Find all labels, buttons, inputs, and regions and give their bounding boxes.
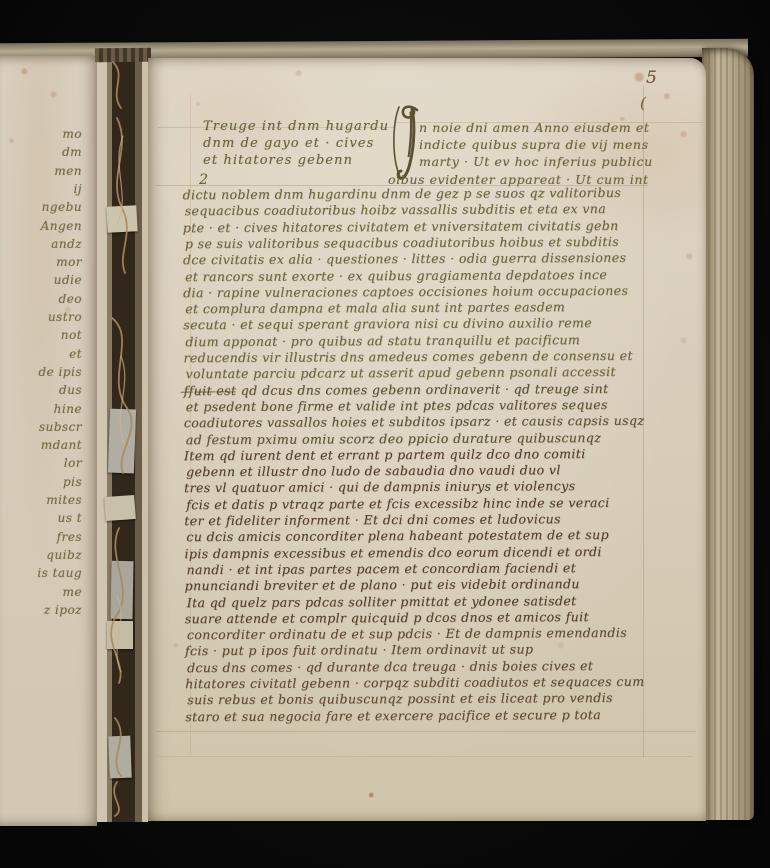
manuscript-text-line: hitatores civitatl gebenn · corpqz subdi… bbox=[185, 674, 644, 691]
margin-mark: 2 bbox=[199, 172, 208, 188]
manuscript-text-line: suare attende et complr quicquid p dcos … bbox=[185, 609, 589, 626]
opening-line: indicte quibus supra die vij mens bbox=[419, 137, 649, 152]
manuscript-text-line: ter et fideliter informent · Et dci dni … bbox=[184, 511, 561, 528]
facing-text-fragment: ustro bbox=[48, 310, 82, 324]
manuscript-text-line: p se suis valitoribus sequacibus coadiut… bbox=[185, 234, 619, 251]
manuscript-text-line: et psedent bone firme et valide int ptes… bbox=[186, 397, 608, 414]
manuscript-text-line: fcis et datis p vtraqz parte et fcis exc… bbox=[186, 495, 609, 512]
manuscript-text-line: Item qd iurent dent et errant p partem q… bbox=[184, 446, 586, 463]
facing-text-fragment: me bbox=[63, 585, 82, 599]
book-fore-edge bbox=[702, 48, 754, 820]
rubric-line: Treuge int dnm hugardu bbox=[203, 119, 389, 134]
facing-text-fragment: de ipis bbox=[38, 365, 82, 379]
facing-text-fragment: Angen bbox=[41, 219, 82, 233]
facing-text-fragment: is taug bbox=[37, 566, 82, 580]
facing-page: modmmenijngebuAngenandzmorudiedeoustrono… bbox=[0, 56, 97, 826]
opening-line: marty · Ut ev hoc inferius publicu bbox=[419, 154, 653, 169]
manuscript-text-line: suis rebus et bonis quibuscunqz possint … bbox=[187, 690, 613, 707]
facing-text-fragment: ngebu bbox=[42, 200, 82, 214]
manuscript-photo: modmmenijngebuAngenandzmorudiedeoustrono… bbox=[0, 0, 770, 868]
manuscript-text-line: dia · rapine vulneraciones captoes occis… bbox=[183, 283, 628, 300]
folio-flourish-mark: ( bbox=[640, 94, 646, 112]
facing-text-fragment: deo bbox=[58, 292, 82, 306]
facing-text-fragment: quibz bbox=[46, 548, 82, 562]
manuscript-text-line: secuta · et sequi sperant graviora nisi … bbox=[183, 315, 592, 332]
facing-text-fragment: hine bbox=[54, 402, 82, 416]
facing-text-fragment: ij bbox=[73, 182, 82, 196]
facing-text-fragment: men bbox=[54, 164, 82, 178]
binding-gutter bbox=[97, 56, 148, 822]
facing-text-fragment: dm bbox=[62, 145, 82, 159]
rubric-line: et hitatores gebenn bbox=[203, 153, 353, 168]
manuscript-text-line: concorditer ordinatu de et sup pdcis · E… bbox=[187, 625, 627, 642]
manuscript-text-line: reducendis vir illustris dns amedeus com… bbox=[183, 348, 632, 365]
opening-line: n noie dni amen Anno eiusdem et bbox=[419, 120, 649, 135]
manuscript-text-line: tres vl quatuor amici · qui de dampnis i… bbox=[184, 479, 575, 496]
facing-text-fragment: mdant bbox=[41, 438, 82, 452]
manuscript-text-line: dium apponat · pro quibus ad statu tranq… bbox=[185, 332, 580, 349]
manuscript-text-line: fcis · put p ipos fuit ordinatu · Item o… bbox=[185, 642, 533, 659]
binding-threads bbox=[97, 56, 148, 822]
manuscript-text-line: Ita qd quelz pars pdcas solliter pmittat… bbox=[187, 593, 577, 610]
facing-text-fragment: et bbox=[69, 347, 82, 361]
facing-text-fragment: subscr bbox=[39, 420, 82, 434]
facing-text-fragment: andz bbox=[51, 237, 82, 251]
facing-text-fragment: dus bbox=[59, 383, 82, 397]
manuscript-text-line: voluntate parciu pdcarz ut asserit apud … bbox=[186, 364, 616, 381]
facing-text-fragment: us t bbox=[57, 511, 82, 525]
facing-text-fragment: z ipoz bbox=[44, 603, 82, 617]
manuscript-text-line: staro et sua negocia fare et exercere pa… bbox=[185, 707, 601, 724]
manuscript-text-line: et complura dampna et mala alia sunt int… bbox=[185, 299, 565, 316]
manuscript-text-line: f̶f̶u̶i̶t̶ ̶e̶s̶t̶ qd dcus dns comes geb… bbox=[184, 381, 609, 398]
manuscript-text-line: coadiutores vassallos hoies et subditos … bbox=[184, 413, 645, 430]
facing-text-fragment: mites bbox=[46, 493, 82, 507]
manuscript-text-line: cu dcis amicis concorditer plena habeant… bbox=[186, 527, 609, 544]
facing-text-fragment: pis bbox=[63, 475, 82, 489]
folio-number: 5 bbox=[646, 68, 657, 88]
rubric-line: dnm de gayo et · cives bbox=[203, 136, 374, 151]
main-text-block: dictu noblem dnm hugardinu dnm de gez p … bbox=[183, 185, 656, 732]
facing-text-fragment: fres bbox=[57, 530, 82, 544]
manuscript-text-line: ad festum pximu omiu scorz deo ppicio du… bbox=[186, 430, 601, 447]
manuscript-text-line: dce civitatis ex alia · questiones · lit… bbox=[183, 250, 626, 267]
manuscript-text-line: ipis dampnis excessibus et emendis dco e… bbox=[184, 544, 601, 561]
manuscript-text-line: sequacibus coadiutoribus hoibz vassallis… bbox=[185, 201, 606, 218]
facing-text-fragment: udie bbox=[54, 273, 82, 287]
manuscript-text-line: pnunciandi breviter et de plano · put ei… bbox=[185, 576, 580, 593]
manuscript-text-line: dictu noblem dnm hugardinu dnm de gez p … bbox=[183, 185, 622, 202]
manuscript-text-line: et rancors sunt exorte · ex quibus gragi… bbox=[185, 267, 607, 284]
manuscript-text-line: gebenn et illustr dno ludo de sabaudia d… bbox=[186, 462, 561, 479]
facing-text-fragment: mor bbox=[56, 255, 82, 269]
manuscript-text-line: dcus dns comes · qd durante dca treuga ·… bbox=[187, 658, 593, 675]
manuscript-text-line: pte · et · cives hitatores civitatem et … bbox=[183, 218, 619, 235]
facing-page-text: modmmenijngebuAngenandzmorudiedeoustrono… bbox=[0, 56, 88, 826]
facing-text-fragment: lor bbox=[64, 456, 82, 470]
facing-text-fragment: mo bbox=[62, 127, 82, 141]
facing-text-fragment: not bbox=[61, 328, 82, 342]
manuscript-text-line: nandi · et int ipas partes pacem et conc… bbox=[187, 560, 577, 577]
